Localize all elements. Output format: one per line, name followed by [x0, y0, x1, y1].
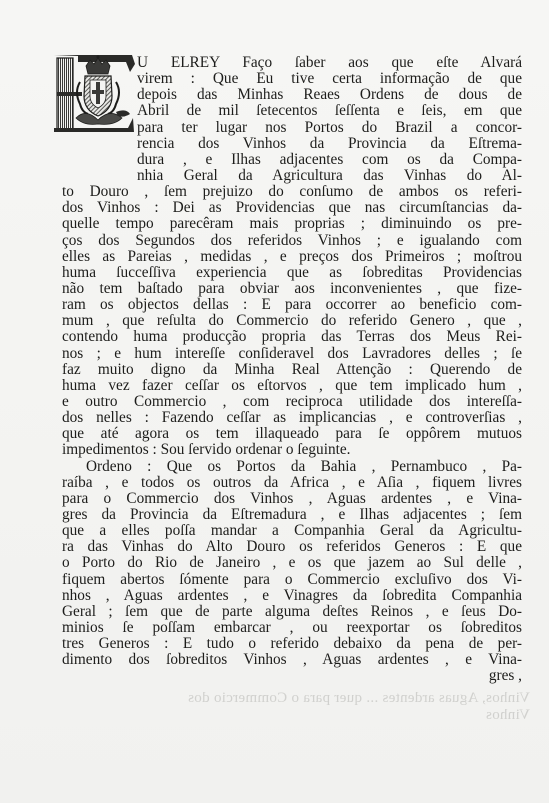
text-line: não tem baſtado para obviar aos inconven…	[62, 281, 522, 297]
text-line: elles as Pareias , medidas , e preços do…	[62, 249, 522, 265]
text-line: Geral ; ſem que de parte alguma deſtes R…	[62, 604, 522, 620]
text-line: quelle tempo parecêram mais proprias ; d…	[62, 216, 522, 232]
text-line: virem : Que Eu tive certa informação de …	[137, 71, 522, 87]
text-line: o Porto do Rio de Janeiro , e os que jaz…	[62, 555, 522, 571]
text-line: faz muito digno da Minha Real Attenção :…	[62, 362, 522, 378]
text-line: gres da Provincia da Eſtremadura , e Ilh…	[62, 507, 522, 523]
text-line: fiquem abertos ſómente para o Commercio …	[62, 572, 522, 588]
text-line: dos nelles : Fazendo ceſſar as implicanc…	[62, 410, 522, 426]
text-line: dimento dos ſobreditos Vinhos , Aguas ar…	[62, 652, 522, 668]
catchword: gres ,	[62, 668, 522, 684]
text-line: para ter lugar nos Portos do Brazil a co…	[137, 120, 522, 136]
text-line: nhia Geral da Agricultura das Vinhas do …	[137, 168, 522, 184]
text-line: mum , que reſulta do Commercio do referi…	[62, 313, 522, 329]
text-line: e outro Commercio , com reciproca utilid…	[62, 394, 522, 410]
text-line: dura , e Ilhas adjacentes com os da Comp…	[137, 152, 522, 168]
text-line: rencia dos Vinhos da Provincia da Eſtrem…	[137, 136, 522, 152]
text-line: impedimentos : Sou ſervido ordenar o ſeg…	[62, 442, 522, 458]
text-line: tres Generos : E tudo o referido debaixo…	[62, 636, 522, 652]
document-body: U ELREY Faço ſaber aos que eſte Alvará v…	[62, 55, 522, 684]
text-line: Ordeno : Que os Portos da Bahia , Pernam…	[62, 459, 522, 475]
text-line: to Douro , ſem prejuizo do conſumo de am…	[62, 184, 522, 200]
text-line: que até agora os tem illaqueado para ſe …	[62, 426, 522, 442]
text-line: que a elles poſſa mandar a Companhia Ger…	[62, 523, 522, 539]
text-line: U ELREY Faço ſaber aos que eſte Alvará	[137, 55, 522, 71]
text-line: raíba , e todos os outros da Africa , e …	[62, 475, 522, 491]
text-line: dos Vinhos : Dei as Providencias que nas…	[62, 200, 522, 216]
text-line: contendo huma producção propria das Terr…	[62, 329, 522, 345]
text-line: nhos , Aguas ardentes , e Vinagres da ſo…	[62, 588, 522, 604]
text-line: para o Commercio dos Vinhos , Aguas arde…	[62, 491, 522, 507]
scanned-page: Vinhos, Aguas ardentes ... quer para o C…	[0, 0, 549, 803]
bleed-through-text: Vinhos, Aguas ardentes ... quer para o C…	[170, 690, 530, 724]
text-line: Abril de mil ſetecentos ſeſſenta e ſeis,…	[137, 103, 522, 119]
text-line: nos ; e hum intereſſe conſideravel dos L…	[62, 346, 522, 362]
text-line: ços dos Segundos dos referidos Vinhos ; …	[62, 233, 522, 249]
text-line: huma ſucceſſiva experiencia que as ſobre…	[62, 265, 522, 281]
text-line: ra das Vinhas do Alto Douro os referidos…	[62, 539, 522, 555]
text-line: minios ſe poſſam embarcar , ou reexporta…	[62, 620, 522, 636]
text-line: huma vez fazer ceſſar os eſtorvos , que …	[62, 378, 522, 394]
text-line: ram os objectos dellas : E para occorrer…	[62, 297, 522, 313]
text-line: depois das Minhas Reaes Ordens de dous d…	[137, 87, 522, 103]
